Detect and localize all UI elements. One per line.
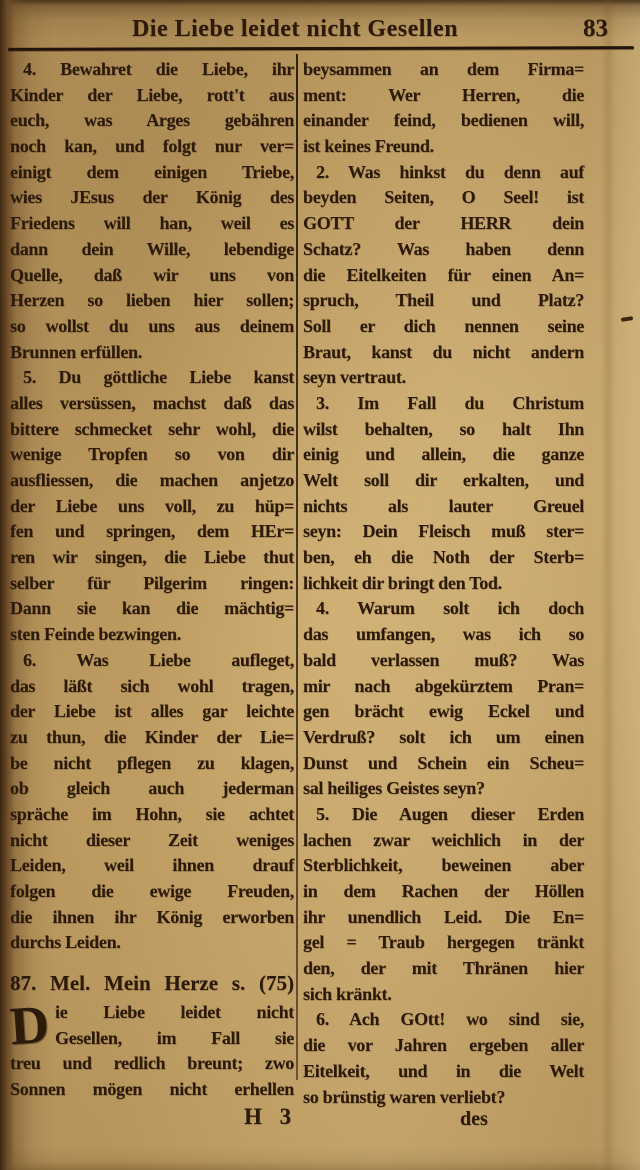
page-number: 83 bbox=[583, 15, 608, 43]
text-line: ren wir singen, die Liebe thut bbox=[10, 545, 294, 571]
text-line: so wollst du uns aus deinem bbox=[10, 314, 294, 340]
text-line: nicht dieser Zeit weniges bbox=[10, 828, 294, 854]
text-line: Friedens will han, weil es bbox=[10, 211, 294, 237]
text-line: 4. Bewahret die Liebe, ihr bbox=[10, 57, 294, 83]
drop-cap-initial: D bbox=[10, 1002, 50, 1049]
text-line: ob gleich auch jederman bbox=[10, 776, 294, 802]
text-line: seyn: Dein Fleisch muß ster= bbox=[303, 519, 584, 545]
hymn-opening: Die Liebe leidet nichtGesellen, im Fall … bbox=[10, 1000, 294, 1051]
text-line: spruch, Theil und Platz? bbox=[303, 288, 584, 314]
text-line: die vor Jahren ergeben aller bbox=[303, 1033, 584, 1059]
text-line: einander feind, bedienen will, bbox=[303, 108, 584, 134]
running-title: Die Liebe leidet nicht Gesellen bbox=[60, 16, 530, 43]
text-line: ment: Wer Herren, die bbox=[303, 83, 584, 109]
text-line: so brünstig waren verliebt? bbox=[303, 1085, 584, 1111]
column-divider bbox=[296, 54, 298, 1080]
text-line: Braut, kanst du nicht andern bbox=[303, 340, 584, 366]
text-line: das läßt sich wohl tragen, bbox=[10, 674, 294, 700]
text-line: 4. Warum solt ich doch bbox=[303, 596, 584, 622]
text-line: ihr unendlich Leid. Die En= bbox=[303, 905, 584, 931]
text-line: Soll er dich nennen seine bbox=[303, 314, 584, 340]
text-line: sal heiliges Geistes seyn? bbox=[303, 776, 584, 802]
text-line: bittere schmecket sehr wohl, die bbox=[10, 417, 294, 443]
text-line: wilst behalten, so halt Ihn bbox=[303, 417, 584, 443]
text-line: spräche im Hohn, sie achtet bbox=[10, 802, 294, 828]
column-right: beysammen an dem Firma=ment: Wer Herren,… bbox=[303, 57, 584, 1110]
text-line: ausfliessen, die machen anjetzo bbox=[10, 468, 294, 494]
text-line: der Liebe ist alles gar leichte bbox=[10, 699, 294, 725]
text-line: der Liebe uns voll, zu hüp= bbox=[10, 494, 294, 520]
text-line: treu und redlich breunt; zwo bbox=[10, 1051, 294, 1077]
text-line: in dem Rachen der Höllen bbox=[303, 879, 584, 905]
text-line: Eitelkeit, und in die Welt bbox=[303, 1059, 584, 1085]
text-line: 5. Du göttliche Liebe kanst bbox=[10, 365, 294, 391]
text-line: bald verlassen muß? Was bbox=[303, 648, 584, 674]
text-line: lachen zwar weichlich in der bbox=[303, 828, 584, 854]
text-line: Sonnen mögen nicht erhellen bbox=[10, 1077, 294, 1103]
text-line: den, der mit Thränen hier bbox=[303, 956, 584, 982]
text-line: durchs Leiden. bbox=[10, 930, 294, 956]
text-line: mir nach abgekürztem Pran= bbox=[303, 674, 584, 700]
text-line: ie Liebe leidet nicht bbox=[10, 1000, 294, 1026]
text-line: die ihnen ihr König erworben bbox=[10, 905, 294, 931]
text-line: nichts als lauter Greuel bbox=[303, 494, 584, 520]
header-rule bbox=[8, 46, 634, 51]
text-line: Brunnen erfüllen. bbox=[10, 340, 294, 366]
text-line: Verdruß? solt ich um einen bbox=[303, 725, 584, 751]
text-line: ben, eh die Noth der Sterb= bbox=[303, 545, 584, 571]
text-line: sich kränkt. bbox=[303, 982, 584, 1008]
text-line: selber für Pilgerim ringen: bbox=[10, 571, 294, 597]
text-line: gen brächt ewig Eckel und bbox=[303, 699, 584, 725]
text-line: Gesellen, im Fall sie bbox=[10, 1026, 294, 1052]
text-line: be nicht pflegen zu klagen, bbox=[10, 751, 294, 777]
text-line: wies JEsus der König des bbox=[10, 185, 294, 211]
column-left: 4. Bewahret die Liebe, ihrKinder der Lie… bbox=[10, 57, 294, 1103]
signature-mark: H 3 bbox=[244, 1104, 297, 1130]
ink-fleck bbox=[621, 316, 633, 322]
text-line: zu thun, die Kinder der Lie= bbox=[10, 725, 294, 751]
catchword: des bbox=[460, 1108, 488, 1131]
text-line: beysammen an dem Firma= bbox=[303, 57, 584, 83]
text-line: noch kan, und folgt nur ver= bbox=[10, 134, 294, 160]
text-line: ist keines Freund. bbox=[303, 134, 584, 160]
text-line: folgen die ewige Freuden, bbox=[10, 879, 294, 905]
text-line: gel = Traub hergegen tränkt bbox=[303, 930, 584, 956]
text-line: Leiden, weil ihnen drauf bbox=[10, 853, 294, 879]
text-line: euch, was Arges gebähren bbox=[10, 108, 294, 134]
text-line: seyn vertraut. bbox=[303, 365, 584, 391]
text-line: GOTT der HERR dein bbox=[303, 211, 584, 237]
hymn-heading: 87. Mel. Mein Herze s. (75) bbox=[10, 967, 294, 1000]
text-line: Schatz? Was haben denn bbox=[303, 237, 584, 263]
text-line: die Eitelkeiten für einen An= bbox=[303, 263, 584, 289]
text-line: 5. Die Augen dieser Erden bbox=[303, 802, 584, 828]
text-line: einig und allein, die ganze bbox=[303, 442, 584, 468]
text-line: Welt soll dir erkalten, und bbox=[303, 468, 584, 494]
text-line: Kinder der Liebe, rott't aus bbox=[10, 83, 294, 109]
text-line: das umfangen, was ich so bbox=[303, 622, 584, 648]
text-line: 2. Was hinkst du denn auf bbox=[303, 160, 584, 186]
text-line: Dann sie kan die mächtig= bbox=[10, 596, 294, 622]
text-line: alles versüssen, machst daß das bbox=[10, 391, 294, 417]
text-line: 6. Ach GOtt! wo sind sie, bbox=[303, 1007, 584, 1033]
text-line: 6. Was Liebe aufleget, bbox=[10, 648, 294, 674]
text-line: dann dein Wille, lebendige bbox=[10, 237, 294, 263]
text-line: Dunst und Schein ein Scheu= bbox=[303, 751, 584, 777]
text-line: fen und springen, dem HEr= bbox=[10, 519, 294, 545]
text-line: 3. Im Fall du Christum bbox=[303, 391, 584, 417]
page-edge-crease bbox=[600, 0, 616, 1170]
text-line: beyden Seiten, O Seel! ist bbox=[303, 185, 584, 211]
text-line: Quelle, daß wir uns von bbox=[10, 263, 294, 289]
text-line: einigt dem einigen Triebe, bbox=[10, 160, 294, 186]
text-line: lichkeit dir bringt den Tod. bbox=[303, 571, 584, 597]
text-line: Herzen so lieben hier sollen; bbox=[10, 288, 294, 314]
text-line: sten Feinde bezwingen. bbox=[10, 622, 294, 648]
text-line: wenige Tropfen so von dir bbox=[10, 442, 294, 468]
text-line: Sterblichkeit, beweinen aber bbox=[303, 853, 584, 879]
book-page: Die Liebe leidet nicht Gesellen 83 4. Be… bbox=[0, 0, 640, 1170]
